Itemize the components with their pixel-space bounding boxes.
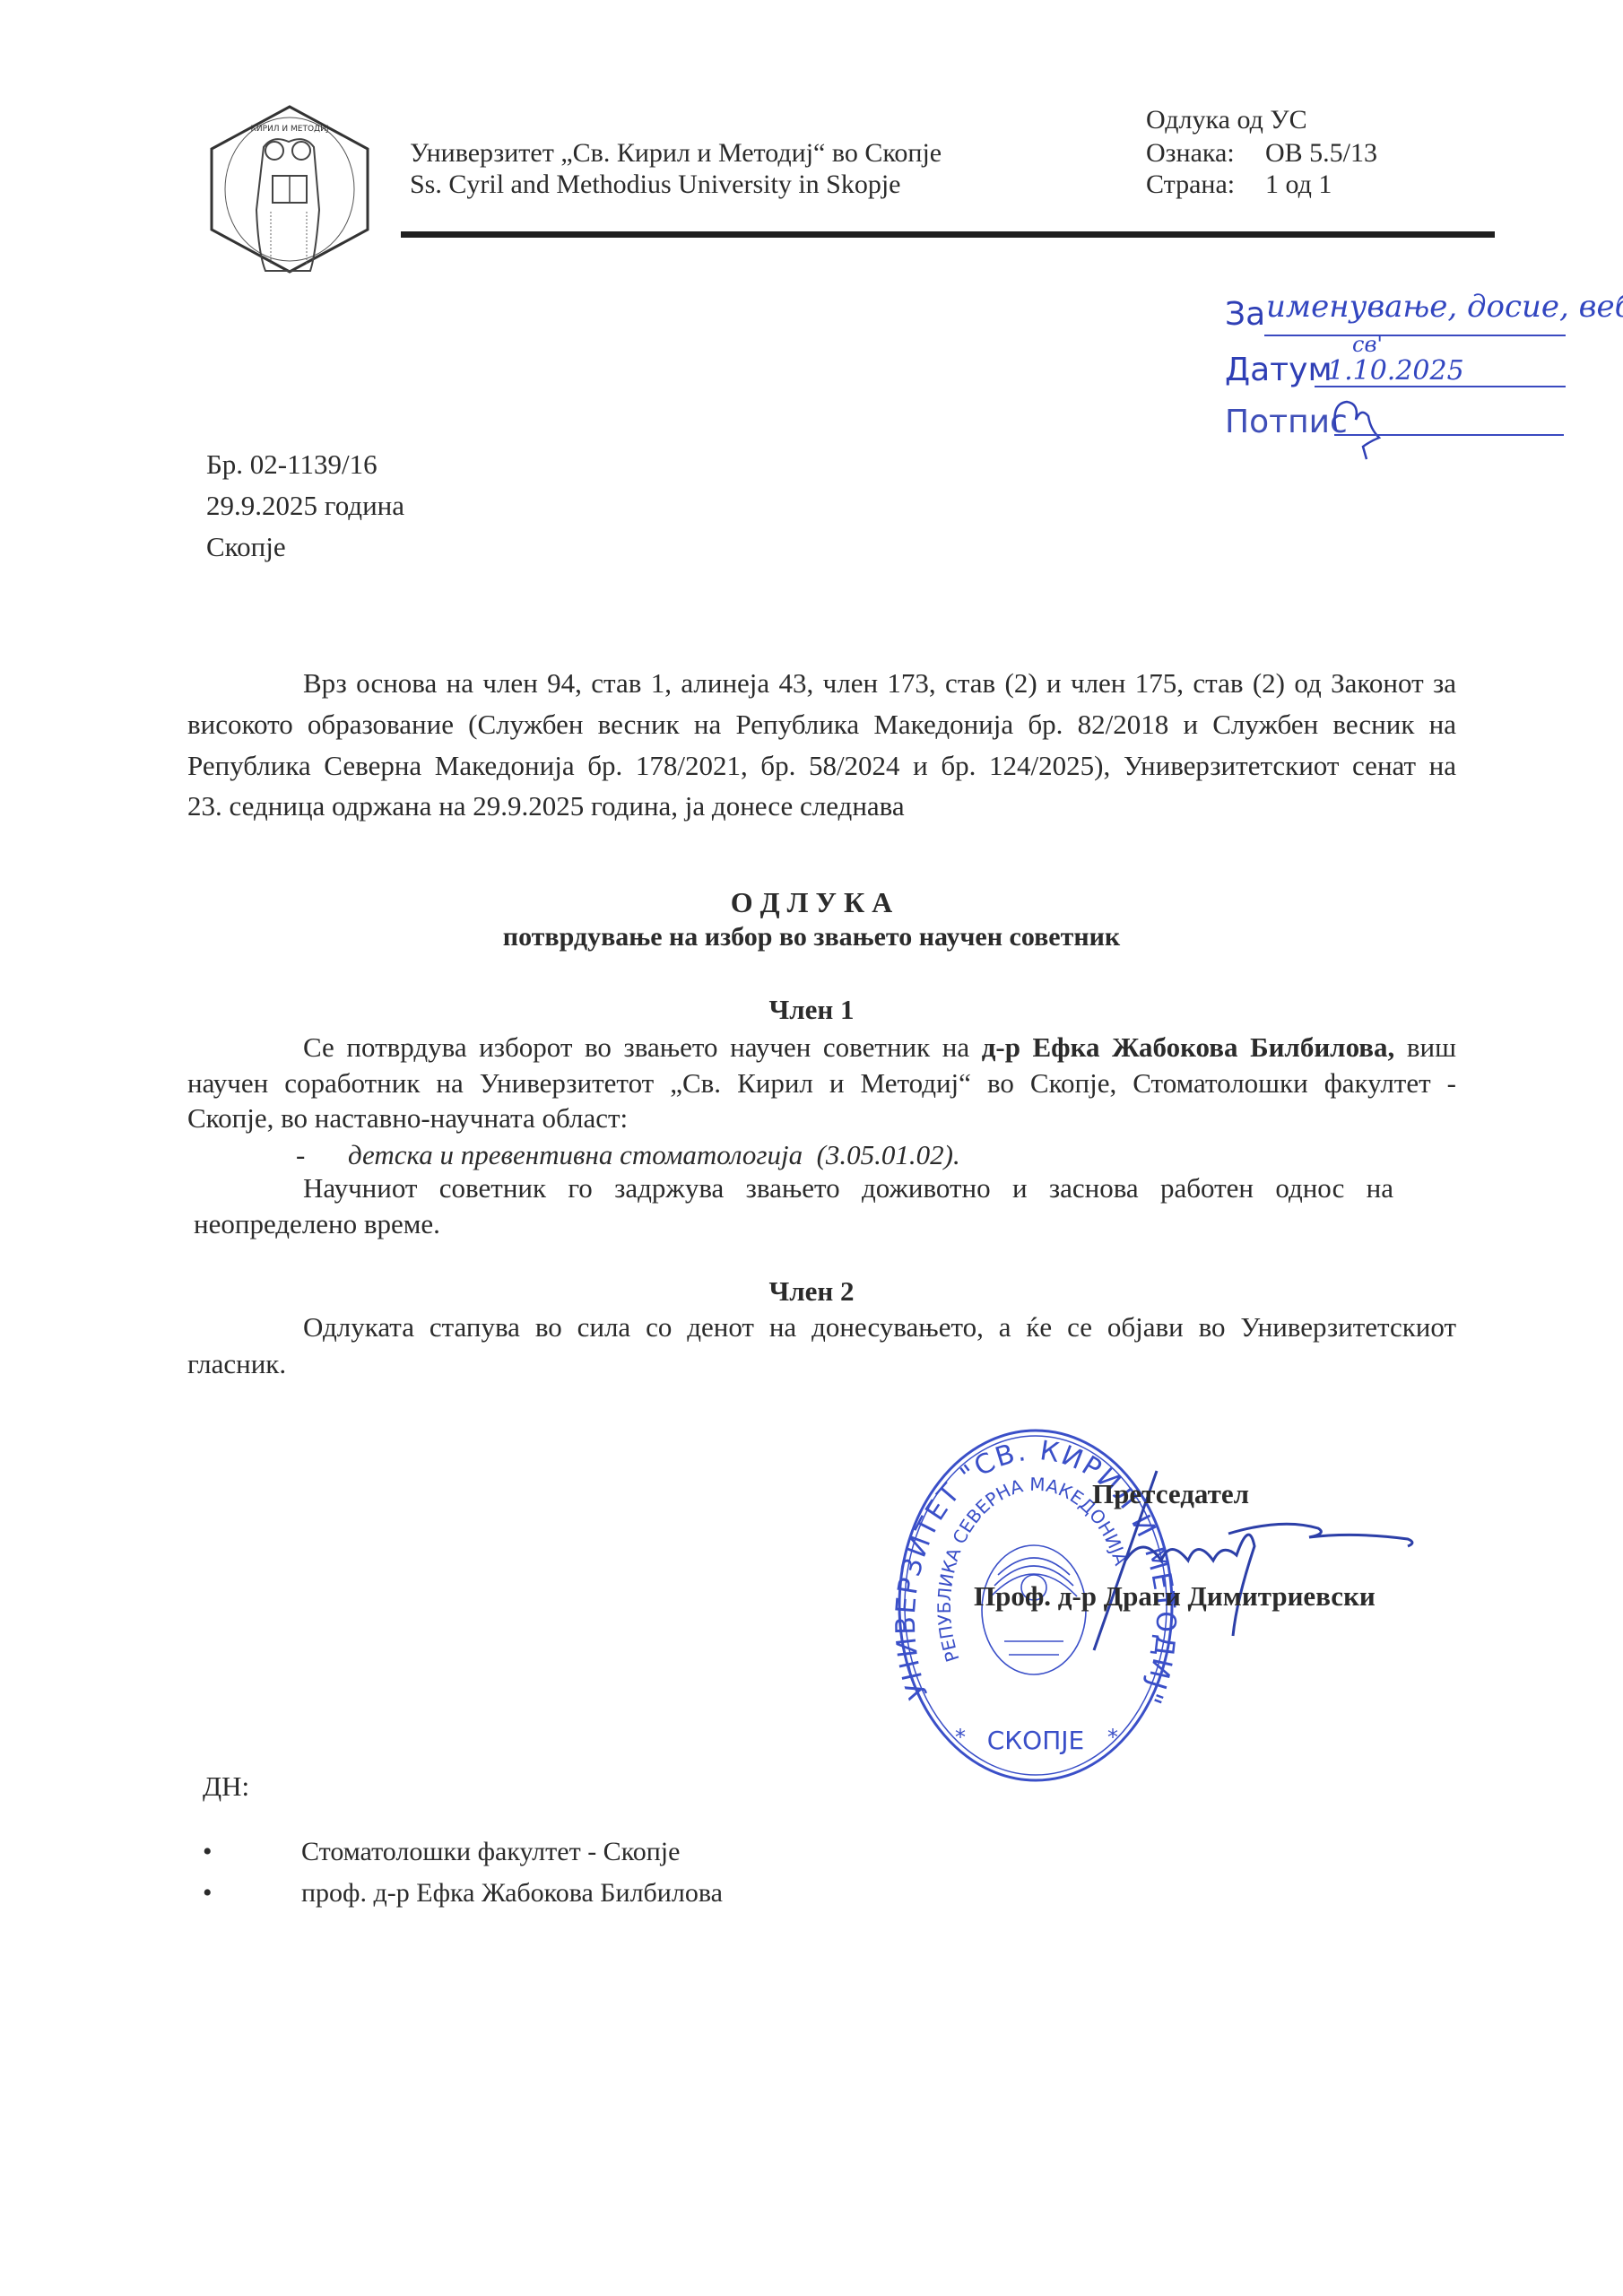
article-2-line-2: гласник. (187, 1348, 1456, 1380)
article-2-line-1: Одлуката стапува во сила со денот на дон… (303, 1311, 1456, 1344)
stamp-city: СКОПЈЕ (987, 1726, 1084, 1755)
university-name-en: Ss. Cyril and Methodius University in Sk… (410, 170, 901, 200)
document-type: Одлука од УС (1146, 105, 1307, 135)
university-name-mk: Универзитет „Св. Кирил и Методиј“ во Ско… (410, 138, 942, 169)
preamble-line-3: Република Северна Македонија бр. 178/202… (187, 750, 1456, 782)
article-1-heading: Член 1 (0, 994, 1623, 1026)
note-date-line (1315, 386, 1566, 387)
signatory-role: Претседател (1092, 1478, 1249, 1510)
note-date-label: Датум (1225, 352, 1332, 388)
page-label: Страна: (1146, 170, 1235, 200)
field-code: (3.05.01.02). (817, 1139, 960, 1170)
reference-city: Скопје (206, 531, 286, 563)
note-signature-icon (1327, 390, 1390, 462)
reference-number: Бр. 02-1139/16 (206, 448, 378, 481)
signatory-name: Проф. д-р Драги Димитриевски (974, 1580, 1376, 1613)
article-2-heading: Член 2 (0, 1275, 1623, 1308)
decision-subtitle: потврдување на избор во звањето научен с… (0, 922, 1623, 952)
field-dash: - (296, 1137, 305, 1173)
article-1-line-5: Научниот советник го задржува звањето до… (303, 1172, 1393, 1205)
article-1-line-1-suffix: виш (1394, 1031, 1456, 1063)
field-name: детска и превентивна стоматологија (348, 1139, 803, 1170)
article-1-line-1: Се потврдува изборот во звањето научен с… (303, 1031, 1456, 1064)
distribution-item: Стоматолошки факултет - Скопје (301, 1837, 680, 1867)
preamble-line-1: Врз основа на член 94, став 1, алинеја 4… (303, 667, 1456, 700)
page-value: 1 од 1 (1265, 170, 1332, 200)
candidate-name: д-р Ефка Жабокова Билбилова, (982, 1031, 1395, 1063)
distribution-label: ДН: (203, 1770, 249, 1803)
note-purpose-line (1264, 335, 1566, 336)
preamble-line-2: високото образование (Службен весник на … (187, 709, 1456, 741)
article-1-line-3: Скопје, во наставно-научната област: (187, 1102, 1456, 1135)
decision-title: О Д Л У К А (0, 886, 1623, 919)
header-rule (401, 231, 1495, 238)
code-label: Ознака: (1146, 138, 1235, 169)
code-value: ОВ 5.5/13 (1265, 138, 1377, 169)
article-1-line-1-prefix: Се потврдува изборот во звањето научен с… (303, 1031, 982, 1063)
svg-text:*: * (955, 1725, 966, 1750)
reference-date: 29.9.2025 година (206, 490, 404, 522)
bullet-icon: • (203, 1878, 213, 1909)
note-date-value: 1.10.2025 (1327, 355, 1464, 387)
note-purpose-value: именување, досие, веб (1266, 289, 1623, 325)
preamble-line-4: 23. седница одржана на 29.9.2025 година,… (187, 790, 1456, 822)
distribution-item: проф. д-р Ефка Жабокова Билбилова (301, 1878, 723, 1909)
scientific-field: детска и превентивна стоматологија (3.05… (348, 1137, 960, 1173)
note-signature-line (1334, 434, 1564, 436)
bullet-icon: • (203, 1837, 213, 1867)
university-seal-icon: КИРИЛ И МЕТОДИЈ (208, 104, 371, 274)
article-1-line-2: научен соработник на Универзитетот „Св. … (187, 1067, 1456, 1100)
svg-text:КИРИЛ И МЕТОДИЈ: КИРИЛ И МЕТОДИЈ (251, 125, 329, 134)
article-1-line-6: неопределено време. (194, 1208, 1462, 1240)
note-purpose-extra: св' (1352, 332, 1383, 357)
svg-text:*: * (1107, 1725, 1118, 1750)
note-purpose-label: За (1225, 296, 1265, 333)
